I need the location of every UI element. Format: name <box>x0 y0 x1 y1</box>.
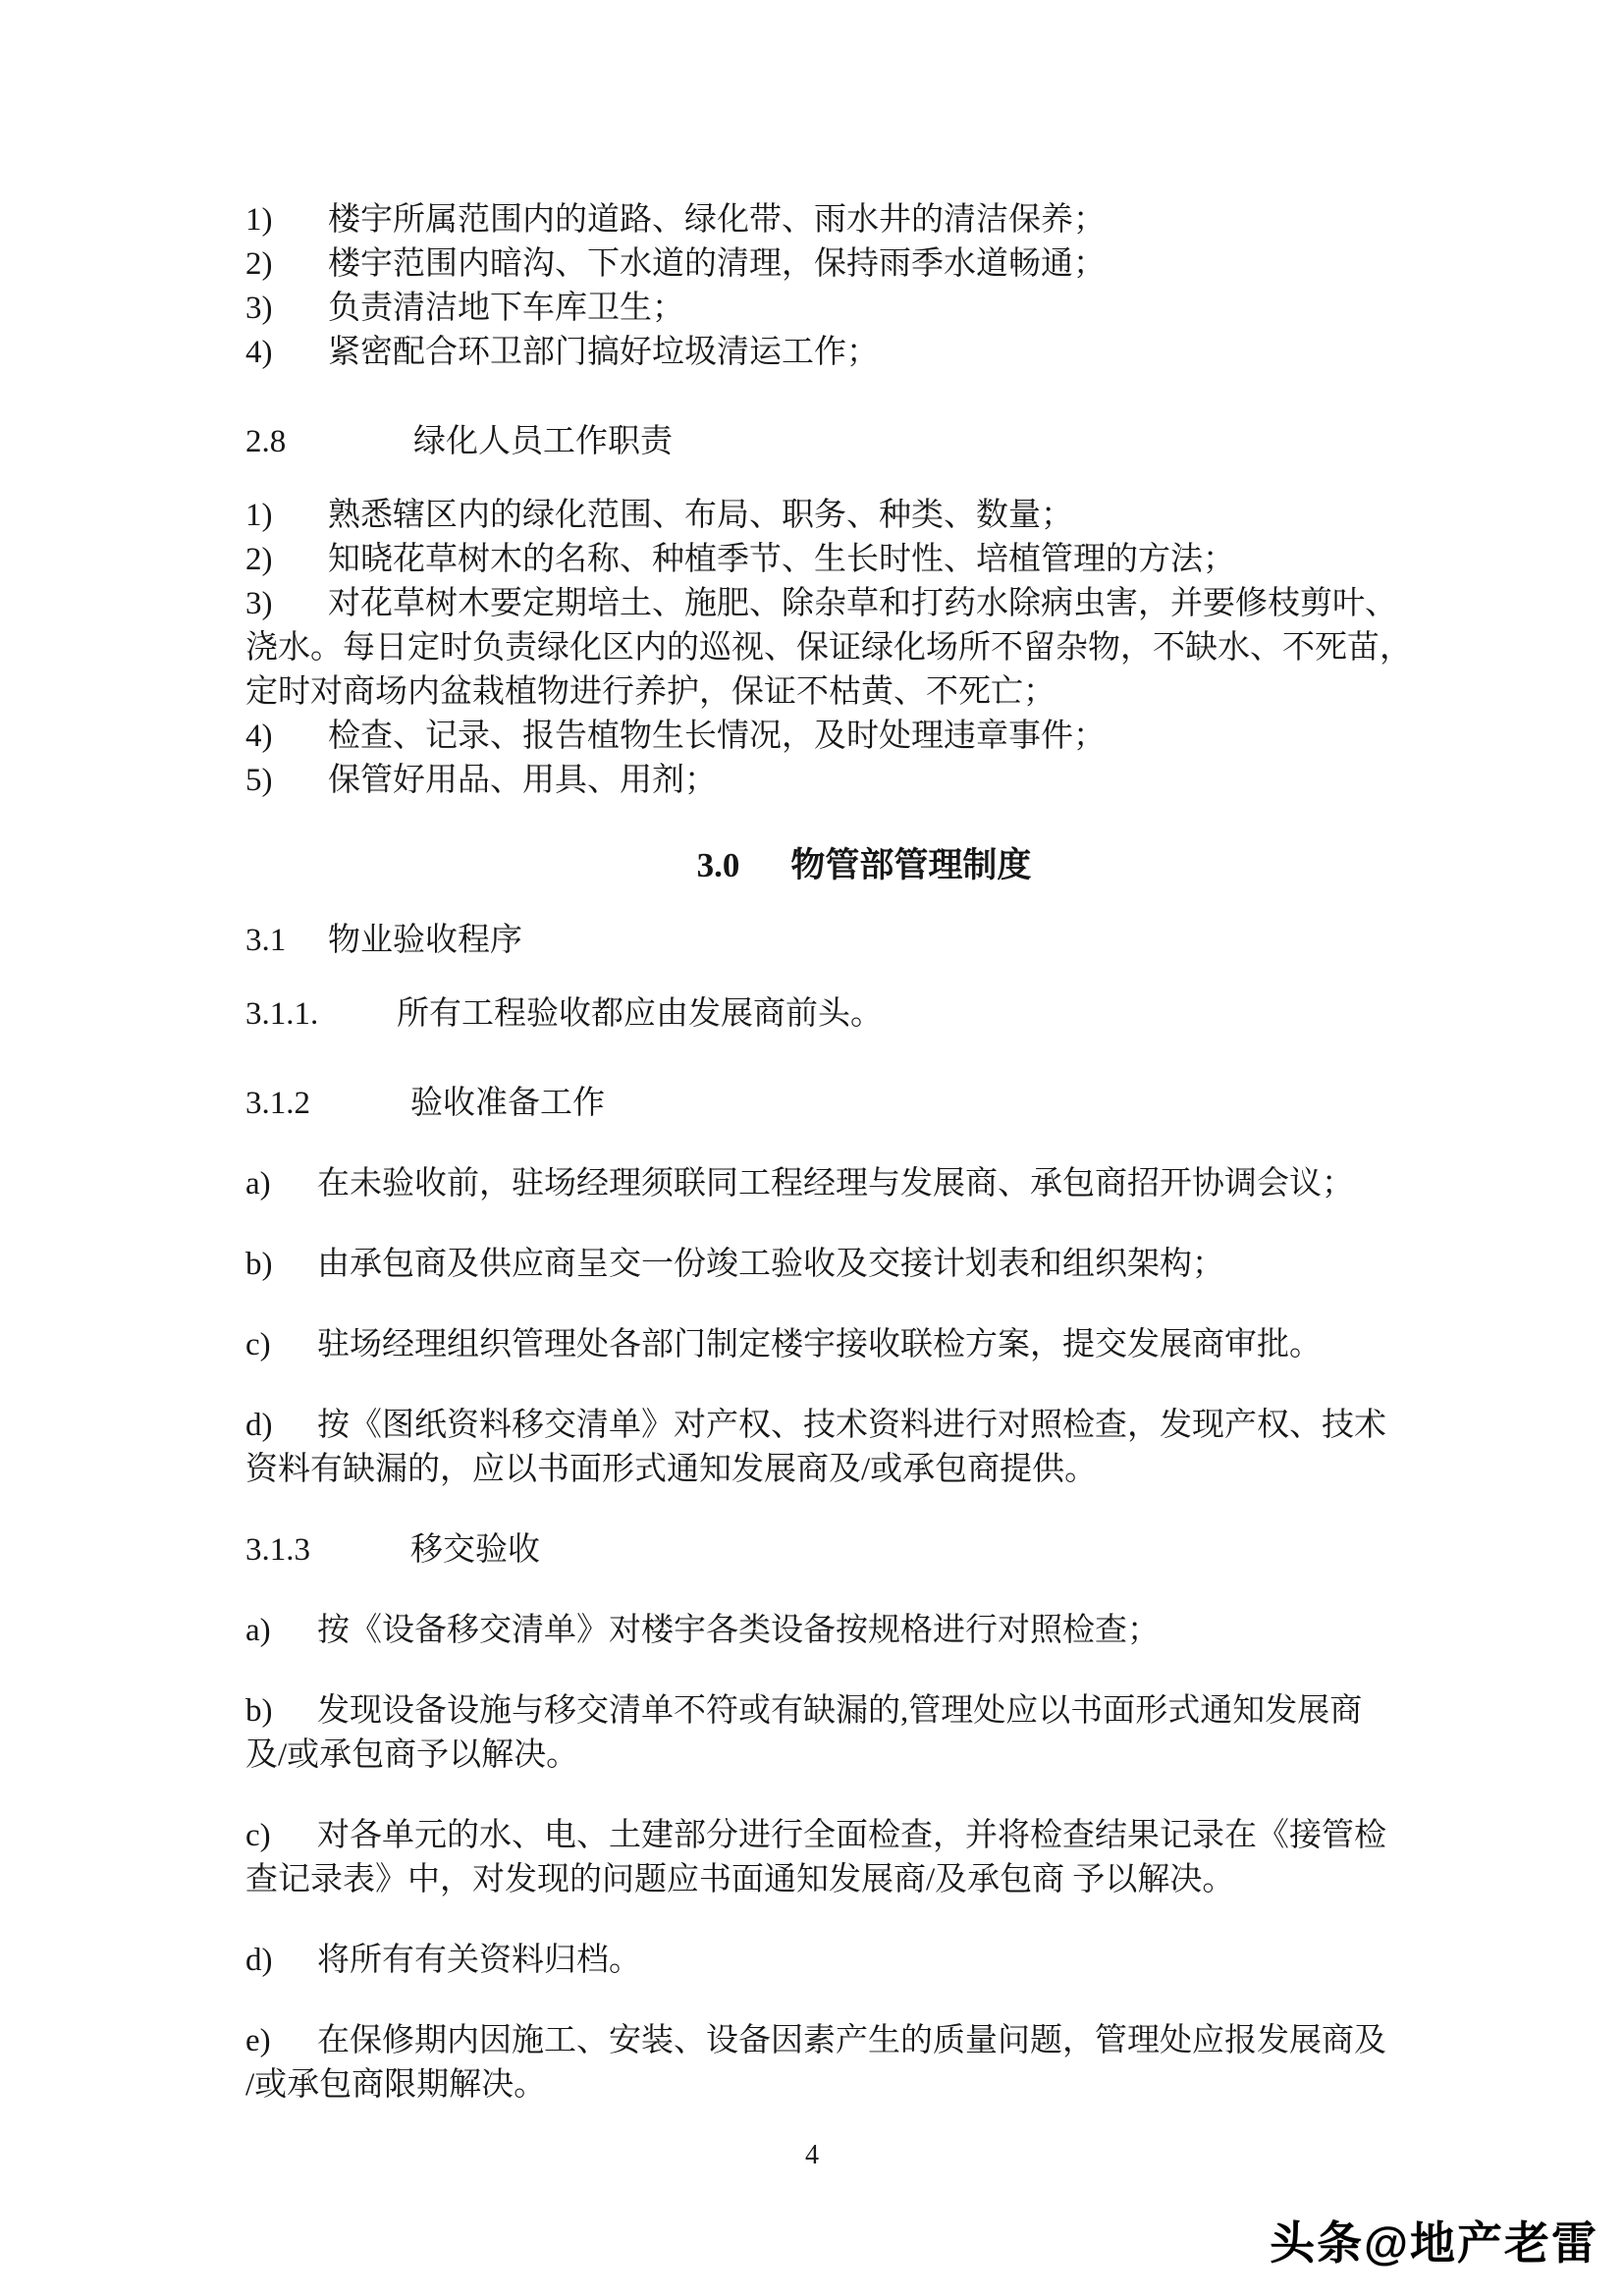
list-item-line: 4)检查、记录、报告植物生长情况，及时处理违章事件； <box>245 715 1483 759</box>
line-text: 移交验收 <box>410 1532 540 1568</box>
paragraph: b)发现设备设施与移交清单不符或有缺漏的,管理处应以书面形式通知发展商及/或承包… <box>245 1689 1483 1778</box>
text-line: 3.1.1.所有工程验收都应由发展商前头。 <box>245 992 1483 1037</box>
line-text: 在未验收前，驻场经理须联同工程经理与发展商、承包商招开协调会议； <box>317 1166 1354 1201</box>
watermark: 头条@地产老雷 <box>1270 2208 1598 2272</box>
paragraph: a)在未验收前，驻场经理须联同工程经理与发展商、承包商招开协调会议； <box>245 1162 1483 1206</box>
line-text: 按《图纸资料移交清单》对产权、技术资料进行对照检查，发现产权、技术 <box>317 1408 1386 1443</box>
list-marker: a) <box>245 1609 317 1653</box>
list-block: 1)楼宇所属范围内的道路、绿化带、雨水井的清洁保养；2)楼宇范围内暗沟、下水道的… <box>245 198 1483 375</box>
line-text: 楼宇所属范围内的道路、绿化带、雨水井的清洁保养； <box>328 202 1106 238</box>
text-line: 查记录表》中，对发现的问题应书面通知发展商/及承包商 予以解决。 <box>245 1858 1483 1902</box>
list-marker: 5) <box>245 759 328 803</box>
text-line: d)按《图纸资料移交清单》对产权、技术资料进行对照检查，发现产权、技术 <box>245 1404 1483 1448</box>
paragraph: b)由承包商及供应商呈交一份竣工验收及交接计划表和组织架构； <box>245 1243 1483 1287</box>
list-marker: 4) <box>245 715 328 759</box>
line-text: 绿化人员工作职责 <box>413 424 673 459</box>
list-item-line: 2)知晓花草树木的名称、种植季节、生长时性、培植管理的方法； <box>245 538 1483 582</box>
section-heading: 3.0物管部管理制度 <box>245 842 1483 889</box>
list-item-line: 定时对商场内盆栽植物进行养护，保证不枯黄、不死亡； <box>245 670 1483 715</box>
heading-line: 3.1.2验收准备工作 <box>245 1082 1483 1126</box>
line-text: 浇水。每日定时负责绿化区内的巡视、保证绿化场所不留杂物，不缺水、不死苗， <box>245 630 1412 666</box>
list-item-line: 5)保管好用品、用具、用剂； <box>245 759 1483 803</box>
line-text: 驻场经理组织管理处各部门制定楼宇接收联检方案，提交发展商审批。 <box>317 1327 1322 1362</box>
text-line: a)在未验收前，驻场经理须联同工程经理与发展商、承包商招开协调会议； <box>245 1162 1483 1206</box>
text-line: 资料有缺漏的，应以书面形式通知发展商及/或承包商提供。 <box>245 1448 1483 1492</box>
list-marker: 4) <box>245 331 328 375</box>
line-text: 物管部管理制度 <box>790 846 1031 884</box>
heading-line: 3.1物业验收程序 <box>245 919 1483 963</box>
paragraph: c)对各单元的水、电、土建部分进行全面检查，并将检查结果记录在《接管检查记录表》… <box>245 1814 1483 1902</box>
list-marker: 1) <box>245 198 328 242</box>
page-number: 4 <box>0 2140 1624 2171</box>
text-line: a)按《设备移交清单》对楼宇各类设备按规格进行对照检查； <box>245 1609 1483 1653</box>
list-marker: 3.1 <box>245 919 328 963</box>
paragraph: d)将所有有关资料归档。 <box>245 1939 1483 1983</box>
list-item-line: 1)熟悉辖区内的绿化范围、布局、职务、种类、数量； <box>245 494 1483 538</box>
list-marker: 2) <box>245 538 328 582</box>
section-heading: 3.1.2验收准备工作 <box>245 1082 1483 1126</box>
list-marker: c) <box>245 1814 317 1858</box>
list-marker: 3.1.3 <box>245 1528 410 1573</box>
list-item-line: 2)楼宇范围内暗沟、下水道的清理，保持雨季水道畅通； <box>245 242 1483 287</box>
text-line: 及/或承包商予以解决。 <box>245 1734 1483 1778</box>
paragraph: 3.1.1.所有工程验收都应由发展商前头。 <box>245 992 1483 1037</box>
text-line: c)对各单元的水、电、土建部分进行全面检查，并将检查结果记录在《接管检 <box>245 1814 1483 1858</box>
line-text: 负责清洁地下车库卫生； <box>328 291 684 326</box>
line-text: 熟悉辖区内的绿化范围、布局、职务、种类、数量； <box>328 498 1073 533</box>
line-text: 将所有有关资料归档。 <box>317 1943 641 1978</box>
text-line: b)由承包商及供应商呈交一份竣工验收及交接计划表和组织架构； <box>245 1243 1483 1287</box>
list-marker: 1) <box>245 494 328 538</box>
heading-line: 3.0物管部管理制度 <box>245 842 1483 889</box>
line-text: 查记录表》中，对发现的问题应书面通知发展商/及承包商 予以解决。 <box>245 1862 1234 1897</box>
section-heading: 3.1物业验收程序 <box>245 919 1483 963</box>
list-item-line: 3)负责清洁地下车库卫生； <box>245 287 1483 331</box>
line-text: 及/或承包商予以解决。 <box>245 1737 578 1773</box>
line-text: 所有工程验收都应由发展商前头。 <box>397 996 883 1032</box>
paragraph: d)按《图纸资料移交清单》对产权、技术资料进行对照检查，发现产权、技术资料有缺漏… <box>245 1404 1483 1492</box>
line-text: 保管好用品、用具、用剂； <box>328 763 717 798</box>
list-marker: 2.8 <box>245 420 413 464</box>
line-text: 检查、记录、报告植物生长情况，及时处理违章事件； <box>328 719 1106 754</box>
list-marker: 3.1.2 <box>245 1082 410 1126</box>
list-item-line: 4)紧密配合环卫部门搞好垃圾清运工作； <box>245 331 1483 375</box>
text-line: e)在保修期内因施工、安装、设备因素产生的质量问题，管理处应报发展商及 <box>245 2019 1483 2063</box>
heading-line: 2.8绿化人员工作职责 <box>245 420 1483 464</box>
line-text: 物业验收程序 <box>328 923 522 958</box>
line-text: 由承包商及供应商呈交一份竣工验收及交接计划表和组织架构； <box>317 1247 1224 1282</box>
list-item-line: 3)对花草树木要定期培土、施肥、除杂草和打药水除病虫害，并要修枝剪叶、 <box>245 582 1483 626</box>
list-marker: b) <box>245 1689 317 1734</box>
line-text: 资料有缺漏的，应以书面形式通知发展商及/或承包商提供。 <box>245 1452 1097 1487</box>
line-text: 在保修期内因施工、安装、设备因素产生的质量问题，管理处应报发展商及 <box>317 2023 1386 2058</box>
line-text: 楼宇范围内暗沟、下水道的清理，保持雨季水道畅通； <box>328 246 1106 282</box>
list-marker: d) <box>245 1404 317 1448</box>
list-marker: c) <box>245 1323 317 1367</box>
document-content: 1)楼宇所属范围内的道路、绿化带、雨水井的清洁保养；2)楼宇范围内暗沟、下水道的… <box>245 198 1483 2108</box>
line-text: 知晓花草树木的名称、种植季节、生长时性、培植管理的方法； <box>328 542 1235 577</box>
line-text: /或承包商限期解决。 <box>245 2067 546 2103</box>
list-marker: d) <box>245 1939 317 1983</box>
list-marker: a) <box>245 1162 317 1206</box>
line-text: 验收准备工作 <box>410 1086 605 1121</box>
line-text: 按《设备移交清单》对楼宇各类设备按规格进行对照检查； <box>317 1613 1160 1648</box>
paragraph: a)按《设备移交清单》对楼宇各类设备按规格进行对照检查； <box>245 1609 1483 1653</box>
list-marker: 3.1.1. <box>245 992 397 1037</box>
list-marker: 3) <box>245 287 328 331</box>
list-block: 1)熟悉辖区内的绿化范围、布局、职务、种类、数量；2)知晓花草树木的名称、种植季… <box>245 494 1483 803</box>
section-heading: 3.1.3移交验收 <box>245 1528 1483 1573</box>
text-line: /或承包商限期解决。 <box>245 2063 1483 2108</box>
text-line: d)将所有有关资料归档。 <box>245 1939 1483 1983</box>
line-text: 对花草树木要定期培土、施肥、除杂草和打药水除病虫害，并要修枝剪叶、 <box>328 586 1397 621</box>
paragraph: c)驻场经理组织管理处各部门制定楼宇接收联检方案，提交发展商审批。 <box>245 1323 1483 1367</box>
list-marker: b) <box>245 1243 317 1287</box>
section-heading: 2.8绿化人员工作职责 <box>245 420 1483 464</box>
text-line: b)发现设备设施与移交清单不符或有缺漏的,管理处应以书面形式通知发展商 <box>245 1689 1483 1734</box>
list-marker: 3.0 <box>697 842 740 889</box>
line-text: 定时对商场内盆栽植物进行养护，保证不枯黄、不死亡； <box>245 674 1056 710</box>
list-marker: 3) <box>245 582 328 626</box>
list-marker: e) <box>245 2019 317 2063</box>
list-marker: 2) <box>245 242 328 287</box>
list-item-line: 1)楼宇所属范围内的道路、绿化带、雨水井的清洁保养； <box>245 198 1483 242</box>
line-text: 紧密配合环卫部门搞好垃圾清运工作； <box>328 335 879 370</box>
line-text: 发现设备设施与移交清单不符或有缺漏的,管理处应以书面形式通知发展商 <box>317 1693 1362 1729</box>
line-text: 对各单元的水、电、土建部分进行全面检查，并将检查结果记录在《接管检 <box>317 1818 1386 1853</box>
list-item-line: 浇水。每日定时负责绿化区内的巡视、保证绿化场所不留杂物，不缺水、不死苗， <box>245 626 1483 670</box>
text-line: c)驻场经理组织管理处各部门制定楼宇接收联检方案，提交发展商审批。 <box>245 1323 1483 1367</box>
document-page: 1)楼宇所属范围内的道路、绿化带、雨水井的清洁保养；2)楼宇范围内暗沟、下水道的… <box>0 0 1624 2296</box>
paragraph: e)在保修期内因施工、安装、设备因素产生的质量问题，管理处应报发展商及/或承包商… <box>245 2019 1483 2108</box>
heading-line: 3.1.3移交验收 <box>245 1528 1483 1573</box>
